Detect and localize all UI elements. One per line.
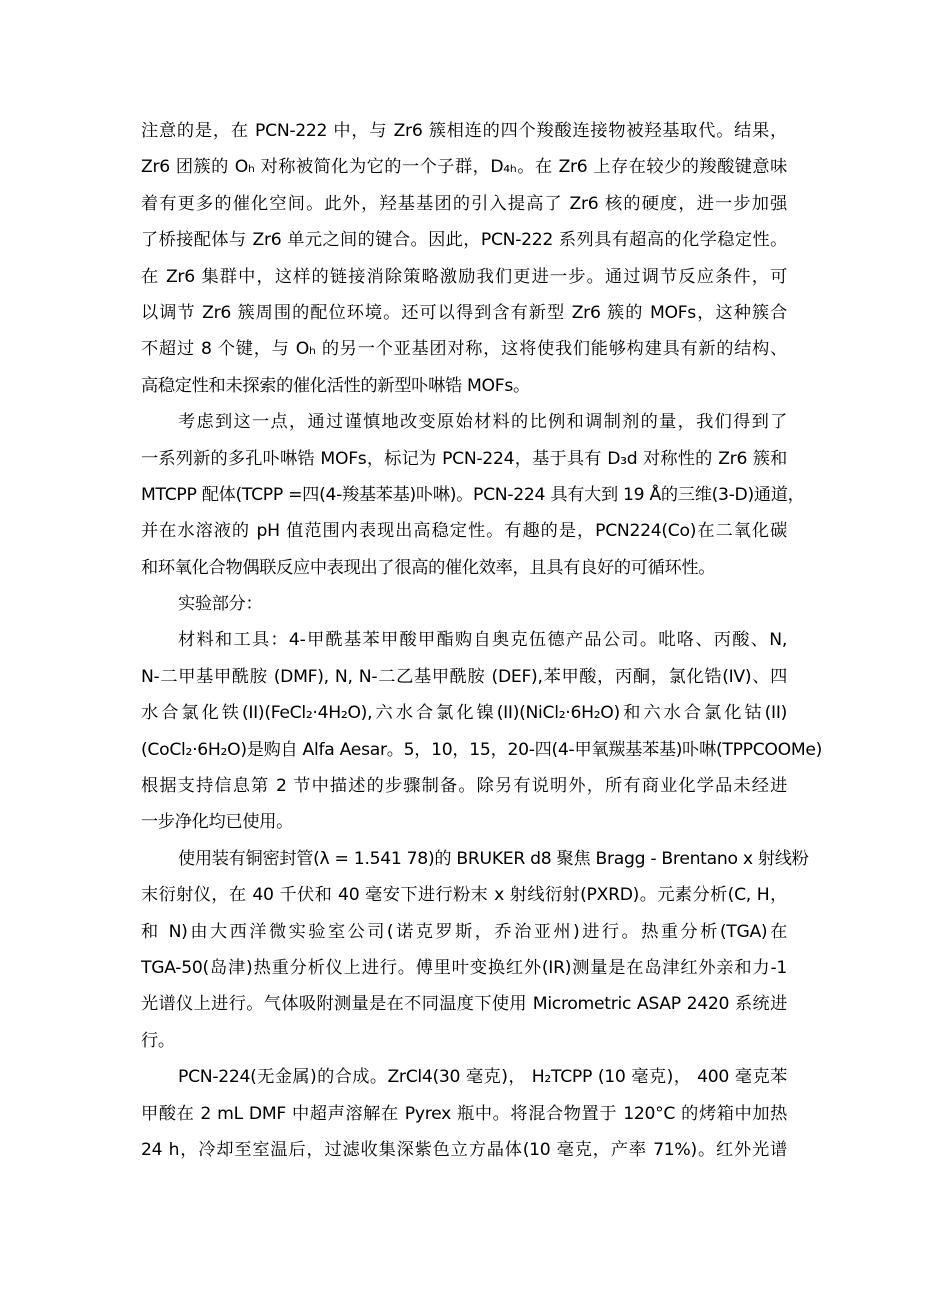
section-heading: 实验部分： <box>141 586 787 622</box>
text-line: 一系列新的多孔卟啉锆 MOFs，标记为 PCN-224，基于具有 D₃d 对称性… <box>141 441 787 477</box>
text-line: PCN-224(无金属)的合成。ZrCl4(30 毫克)， H₂TCPP (10… <box>141 1059 787 1095</box>
text-line: 根据支持信息第 2 节中描述的步骤制备。除另有说明外，所有商业化学品未经进 <box>141 768 787 804</box>
text-line: 末衍射仪，在 40 千伏和 40 毫安下进行粉末 x 射线衍射(PXRD)。元素… <box>141 877 787 913</box>
text-line: 一步净化均已使用。 <box>141 804 787 840</box>
text-line: 考虑到这一点，通过谨慎地改变原始材料的比例和调制剂的量，我们得到了 <box>141 404 787 440</box>
text-line: 和环氧化合物偶联反应中表现出了很高的催化效率，且具有良好的可循环性。 <box>141 550 787 586</box>
text-line: 并在水溶液的 pH 值范围内表现出高稳定性。有趣的是，PCN224(Co)在二氧… <box>141 513 787 549</box>
text-line: 以调节 Zr6 簇周围的配位环境。还可以得到含有新型 Zr6 簇的 MOFs，这… <box>141 295 787 331</box>
text-line: 甲酸在 2 mL DMF 中超声溶解在 Pyrex 瓶中。将混合物置于 120°… <box>141 1096 787 1132</box>
text-line: Zr6 团簇的 Oₕ 对称被简化为它的一个子群，D₄ₕ。在 Zr6 上存在较少的… <box>141 149 787 185</box>
text-line: (CoCl₂·6H₂O)是购自 Alfa Aesar。5，10，15，20-四(… <box>141 732 787 768</box>
text-line: MTCPP 配体(TCPP =四(4-羧基苯基)卟啉)。PCN-224 具有大到… <box>141 477 787 513</box>
paragraph-intro: 注意的是，在 PCN-222 中，与 Zr6 簇相连的四个羧酸连接物被羟基取代。… <box>141 113 787 404</box>
paragraph-instruments: 使用装有铜密封管(λ = 1.541 78)的 BRUKER d8 聚焦 Bra… <box>141 841 787 1059</box>
text-line: N-二甲基甲酰胺 (DMF), N, N-二乙基甲酰胺 (DEF),苯甲酸，丙酮… <box>141 659 787 695</box>
text-line: 光谱仪上进行。气体吸附测量是在不同温度下使用 Micrometric ASAP … <box>141 986 787 1022</box>
section-heading-experimental: 实验部分： <box>141 586 787 622</box>
text-line: 行。 <box>141 1023 787 1059</box>
text-line: 使用装有铜密封管(λ = 1.541 78)的 BRUKER d8 聚焦 Bra… <box>141 841 787 877</box>
text-line: 24 h，冷却至室温后，过滤收集深紫色立方晶体(10 毫克，产率 71%)。红外… <box>141 1132 787 1168</box>
document-page: 注意的是，在 PCN-222 中，与 Zr6 簇相连的四个羧酸连接物被羟基取代。… <box>141 113 787 1168</box>
text-line: 不超过 8 个键，与 Oₕ 的另一个亚基团对称，这将使我们能够构建具有新的结构、 <box>141 331 787 367</box>
paragraph-synthesis: PCN-224(无金属)的合成。ZrCl4(30 毫克)， H₂TCPP (10… <box>141 1059 787 1168</box>
text-line: 着有更多的催化空间。此外，羟基基团的引入提高了 Zr6 核的硬度，进一步加强 <box>141 186 787 222</box>
text-line: 和 N)由大西洋微实验室公司(诺克罗斯，乔治亚州)进行。热重分析(TGA)在 <box>141 914 787 950</box>
text-line: 注意的是，在 PCN-222 中，与 Zr6 簇相连的四个羧酸连接物被羟基取代。… <box>141 113 787 149</box>
text-line: 水合氯化铁(II)(FeCl₂·4H₂O),六水合氯化镍(II)(NiCl₂·6… <box>141 695 787 731</box>
text-line: 了桥接配体与 Zr6 单元之间的键合。因此，PCN-222 系列具有超高的化学稳… <box>141 222 787 258</box>
text-line: 材料和工具：4-甲酰基苯甲酸甲酯购自奥克伍德产品公司。吡咯、丙酸、N, <box>141 622 787 658</box>
text-line: 在 Zr6 集群中，这样的链接消除策略激励我们更进一步。通过调节反应条件，可 <box>141 259 787 295</box>
paragraph-materials: 材料和工具：4-甲酰基苯甲酸甲酯购自奥克伍德产品公司。吡咯、丙酸、N, N-二甲… <box>141 622 787 840</box>
text-line: 高稳定性和未探索的催化活性的新型卟啉锆 MOFs。 <box>141 368 787 404</box>
paragraph-pcn224: 考虑到这一点，通过谨慎地改变原始材料的比例和调制剂的量，我们得到了 一系列新的多… <box>141 404 787 586</box>
text-line: TGA-50(岛津)热重分析仪上进行。傅里叶变换红外(IR)测量是在岛津红外亲和… <box>141 950 787 986</box>
